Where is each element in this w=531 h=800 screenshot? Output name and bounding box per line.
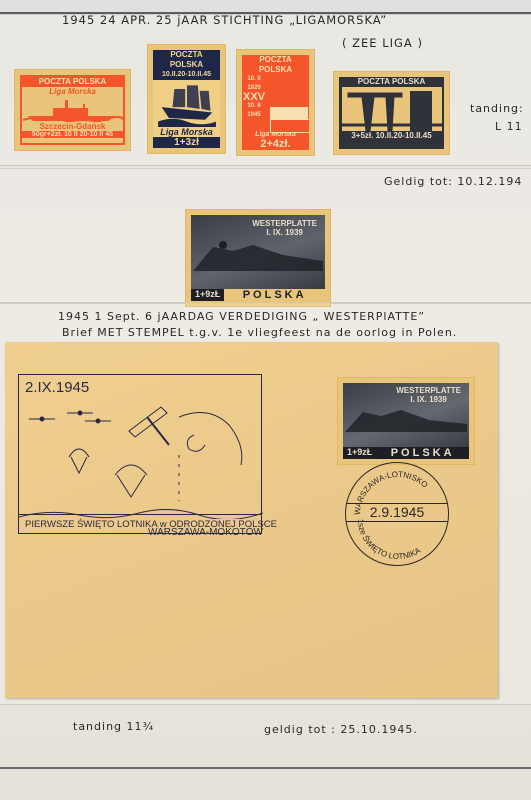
cachet-text-line2: WARSZAWA-MOKOTÓW: [148, 527, 263, 538]
stamp-inscription: Liga Morska: [49, 87, 96, 96]
stamp-header: POCZTA POLSKA: [242, 55, 309, 75]
stamp-value: 1+9zŁ: [191, 289, 224, 301]
stamp-westerplatte: WESTERPLATTE I. IX. 1939 1+9zŁ POLSKA: [186, 210, 330, 306]
stamp-title: WESTERPLATTE: [396, 386, 461, 395]
album-page: 1945 24 APR. 25 jAAR STICHTING „LIGAMORS…: [0, 0, 531, 800]
stamp-date: I. IX. 1939: [396, 395, 461, 404]
stamp-liga-morska-sailing-ship: POCZTA POLSKA 10.II.20-10.II.45 Liga Mor…: [148, 45, 225, 153]
stamp-liga-morska-cranes: POCZTA POLSKA 3+5zł. 10.II.20-10.II.45: [334, 72, 449, 154]
stamp-dates: 10.II.20-10.II.45: [153, 70, 220, 80]
stamp-liga-morska-warship: POCZTA POLSKA Liga Morska Szczecin-Gdańs…: [15, 70, 130, 150]
stamp-header: POCZTA POLSKA: [153, 50, 220, 70]
harbour-cranes-icon: [342, 87, 442, 131]
section-1-subheading: ( ZEE LIGA ): [342, 36, 423, 50]
page-bottom-edge: [0, 767, 531, 769]
stamp-date-bottom: 10. II 1945: [242, 102, 266, 120]
stamp-country: POLSKA: [376, 447, 469, 459]
stamp-value: 1+3zł: [153, 137, 220, 148]
stamp-title: WESTERPLATTE: [252, 219, 317, 228]
footer-validity-note: geldig tot : 25.10.1945.: [264, 723, 418, 736]
postmark-date: 2.9.1945: [346, 503, 448, 522]
perforation-label: tanding:: [470, 102, 524, 115]
stamp-header: POCZTA POLSKA: [22, 77, 123, 87]
soldiers-battle-icon: [193, 237, 323, 271]
footer-perforation-note: tanding 11¾: [73, 720, 154, 733]
flag-icon: [266, 75, 309, 131]
envelope-stamp-westerplatte: WESTERPLATTE I. IX. 1939 1+9zŁ POLSKA: [338, 378, 474, 464]
section-2-caption-line2: Brief MET STEMPEL t.g.v. 1e vliegfeest n…: [62, 326, 457, 339]
svg-text:1sze ŚWIĘTO LOTNIKA: 1sze ŚWIĘTO LOTNIKA: [356, 519, 423, 562]
soldiers-battle-icon: [345, 404, 467, 432]
stamp-liga-morska-flag: POCZTA POLSKA 10. II 1920 XXV 10. II 194…: [237, 50, 314, 155]
stamp-value: 50gr+2zł. 10 II 20-10 II 45: [22, 131, 123, 138]
section-2-caption-line1: 1945 1 Sept. 6 jAARDAG VERDEDIGING „ WES…: [58, 310, 425, 323]
airplanes-parachutes-eagle-icon: [29, 405, 249, 505]
stamp-value: 1+9zŁ: [343, 447, 376, 459]
page-top-edge: [0, 0, 531, 14]
cachet-date: 2.IX.1945: [25, 379, 89, 396]
sailing-ship-icon: [155, 80, 219, 127]
stamp-date: I. IX. 1939: [252, 228, 317, 237]
postmark: WARSZAWA-LOTNISKO 1sze ŚWIĘTO LOTNIKA 2.…: [345, 462, 449, 566]
perforation-value: L 11: [495, 120, 523, 133]
validity-note-1: Geldig tot: 10.12.194: [384, 175, 522, 188]
stamp-value: 3+5zł. 10.II.20-10.II.45: [339, 131, 444, 140]
stamp-header: POCZTA POLSKA: [339, 77, 444, 87]
postmark-bottom-text: 1sze ŚWIĘTO LOTNIKA: [356, 519, 423, 562]
stamp-inscription: Liga Morska: [160, 127, 213, 137]
section-1-heading: 1945 24 APR. 25 jAAR STICHTING „LIGAMORS…: [62, 13, 387, 27]
warship-icon: [23, 96, 123, 122]
stamp-value: 2+4zł.: [242, 138, 309, 150]
stamp-country: POLSKA: [224, 289, 325, 301]
stamp-place: Szczecin-Gdańsk: [40, 122, 106, 131]
stamp-roman-numeral: XXV: [242, 93, 266, 102]
cachet-box: 2.IX.1945 PIERWSZE ŚWIĘTO LOTNIKA w ODRO…: [18, 374, 262, 534]
